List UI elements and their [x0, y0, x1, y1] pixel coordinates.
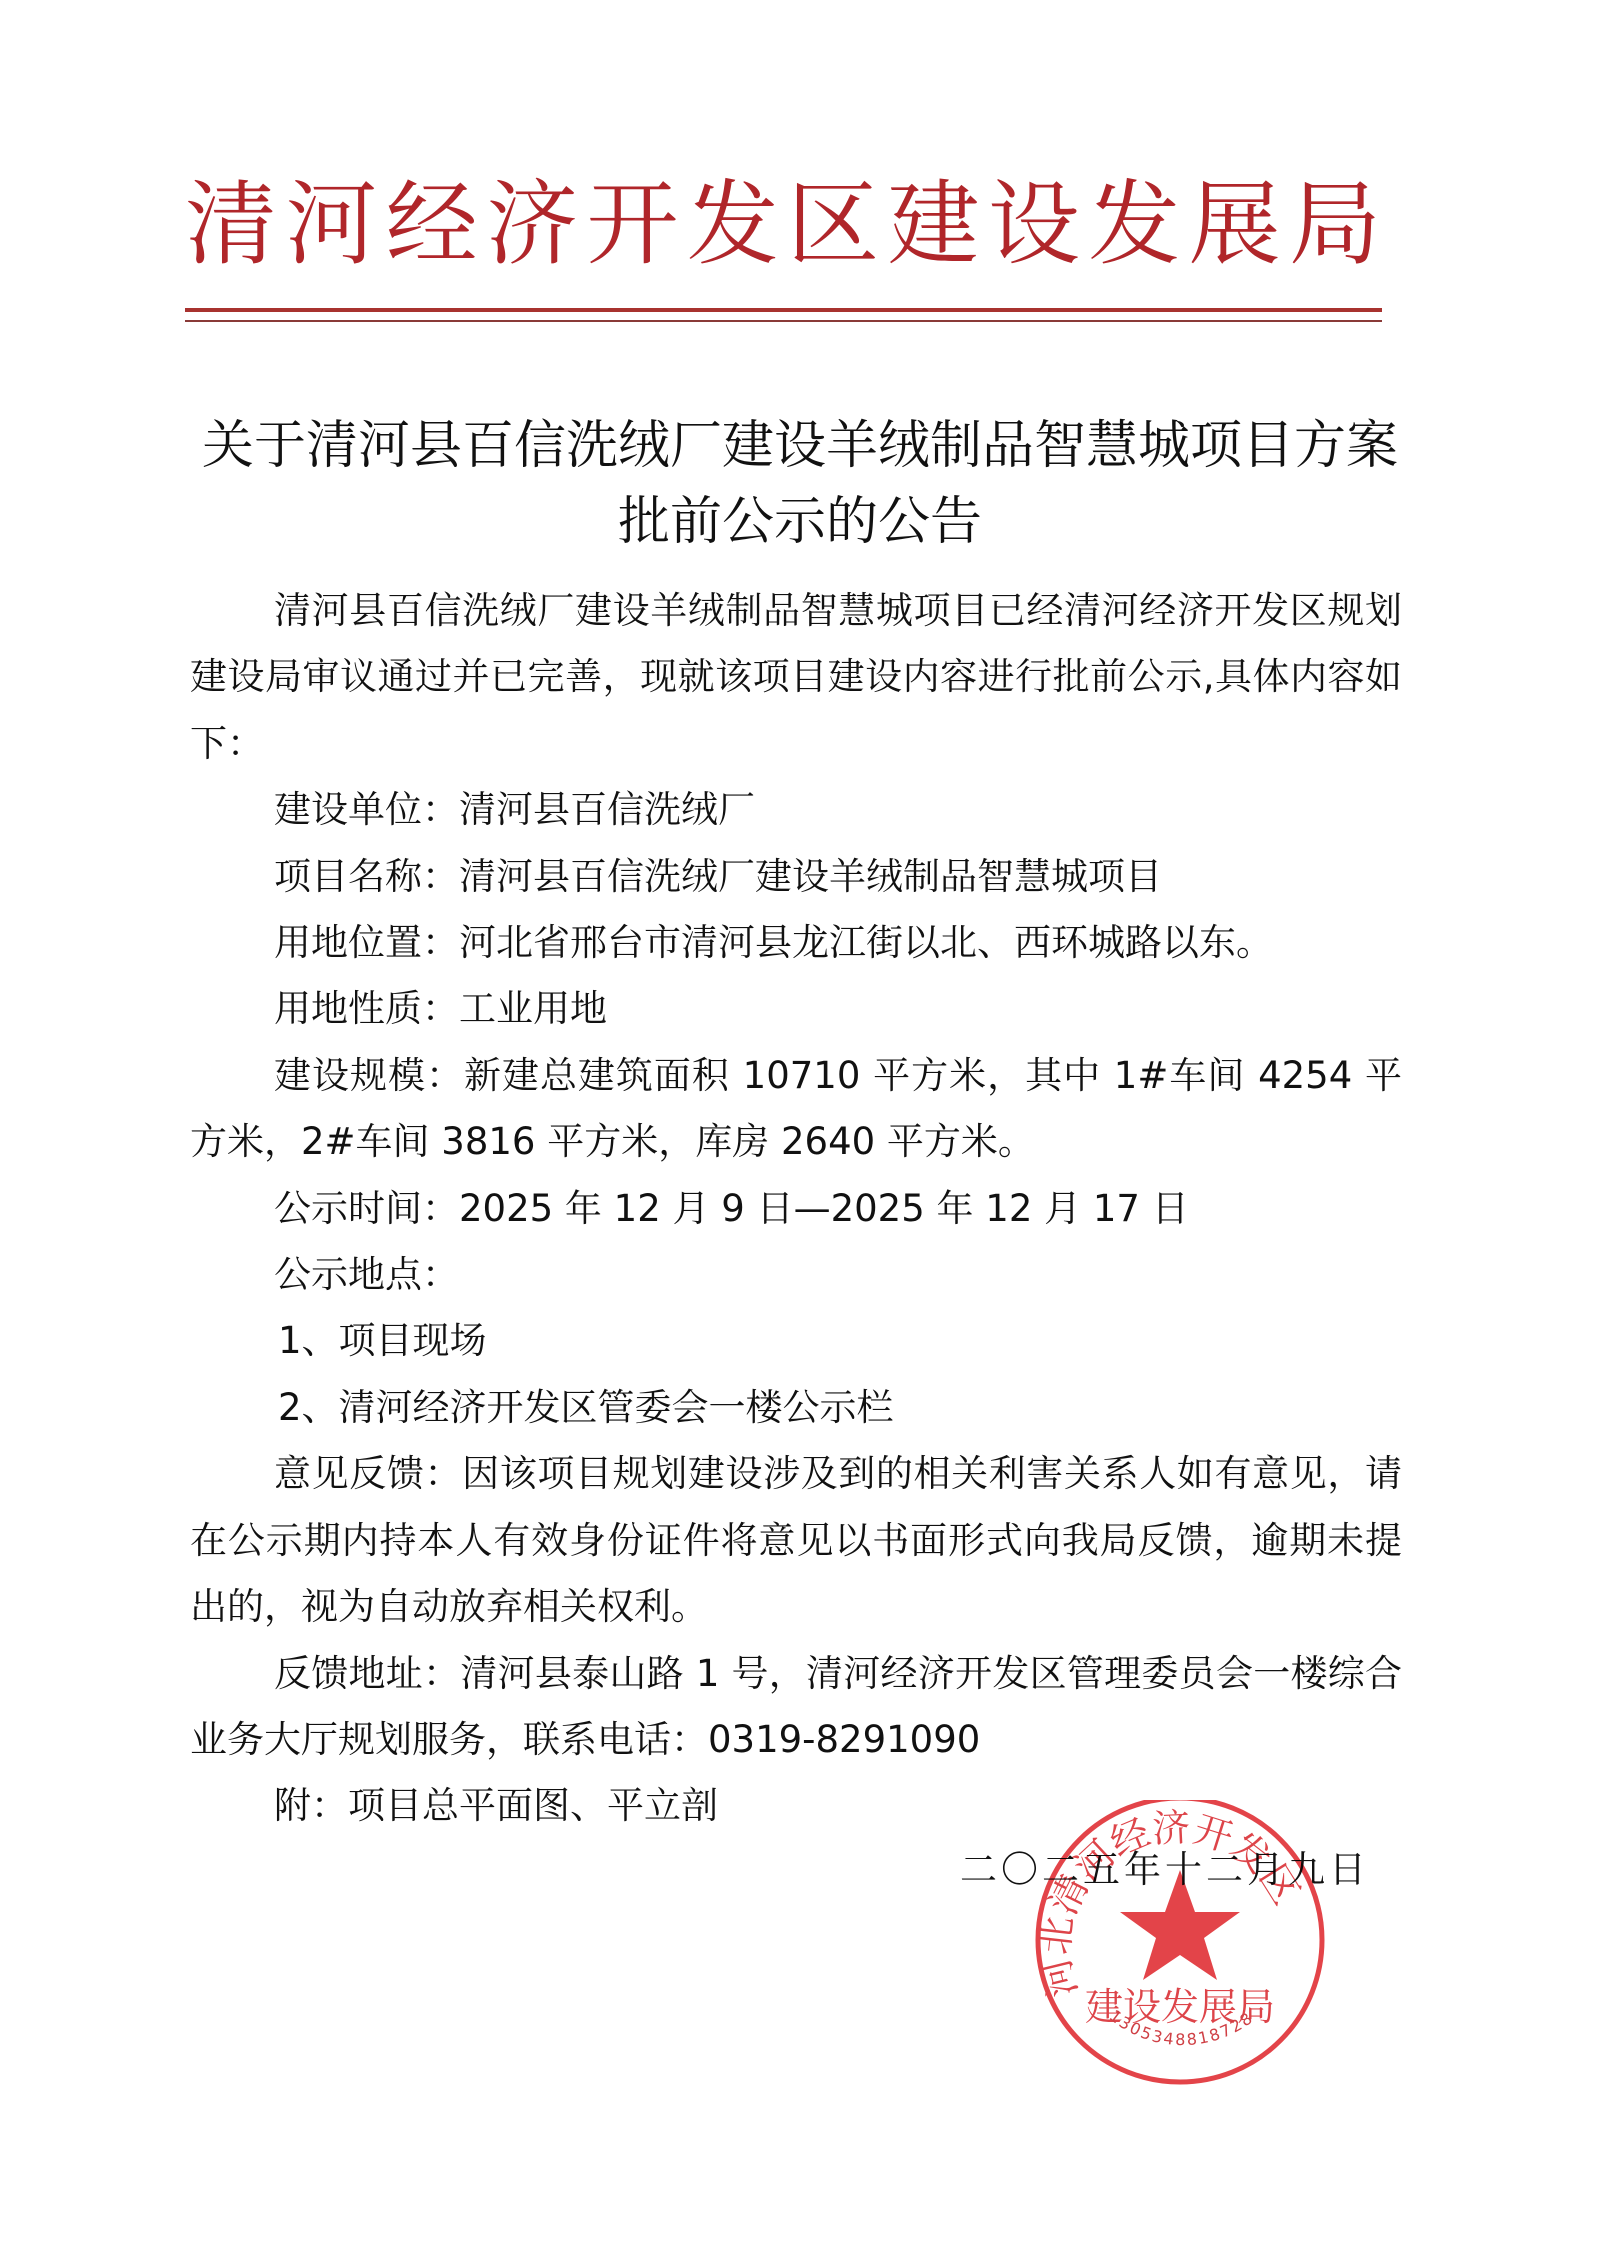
document-body: 清河县百信洗绒厂建设羊绒制品智慧城项目已经清河经济开发区规划建设局审议通过并已完… [190, 578, 1402, 1840]
publicity-place-item: 1、项目现场 [190, 1308, 1402, 1374]
land-use: 用地性质：工业用地 [190, 976, 1402, 1042]
intro-paragraph: 清河县百信洗绒厂建设羊绒制品智慧城项目已经清河经济开发区规划建设局审议通过并已完… [190, 578, 1402, 777]
star-icon [1120, 1870, 1240, 1980]
letterhead-rule-thin [185, 320, 1382, 322]
publicity-period: 公示时间：2025 年 12 月 9 日—2025 年 12 月 17 日 [190, 1176, 1402, 1242]
publicity-place-item: 2、清河经济开发区管委会一楼公示栏 [190, 1375, 1402, 1441]
construction-scale: 建设规模：新建总建筑面积 10710 平方米，其中 1#车间 4254 平方米，… [190, 1043, 1402, 1176]
document-title: 关于清河县百信洗绒厂建设羊绒制品智慧城项目方案 批前公示的公告 [150, 408, 1450, 560]
project-name: 项目名称：清河县百信洗绒厂建设羊绒制品智慧城项目 [190, 844, 1402, 910]
letterhead-rule-thick [185, 308, 1382, 312]
letterhead-title: 清河经济开发区建设发展局 [185, 170, 1385, 280]
feedback-paragraph: 意见反馈：因该项目规划建设涉及到的相关利害关系人如有意见，请在公示期内持本人有效… [190, 1441, 1402, 1640]
official-seal: 河北清河经济开发区 建设发展局 1305348818728 [1030, 1800, 1330, 2090]
document-title-line-2: 批前公示的公告 [150, 484, 1450, 560]
publicity-places-label: 公示地点： [190, 1242, 1402, 1308]
land-location: 用地位置：河北省邢台市清河县龙江街以北、西环城路以东。 [190, 910, 1402, 976]
document-title-line-1: 关于清河县百信洗绒厂建设羊绒制品智慧城项目方案 [150, 408, 1450, 484]
construction-unit: 建设单位：清河县百信洗绒厂 [190, 777, 1402, 843]
feedback-address: 反馈地址：清河县泰山路 1 号，清河经济开发区管理委员会一楼综合业务大厅规划服务… [190, 1641, 1402, 1774]
